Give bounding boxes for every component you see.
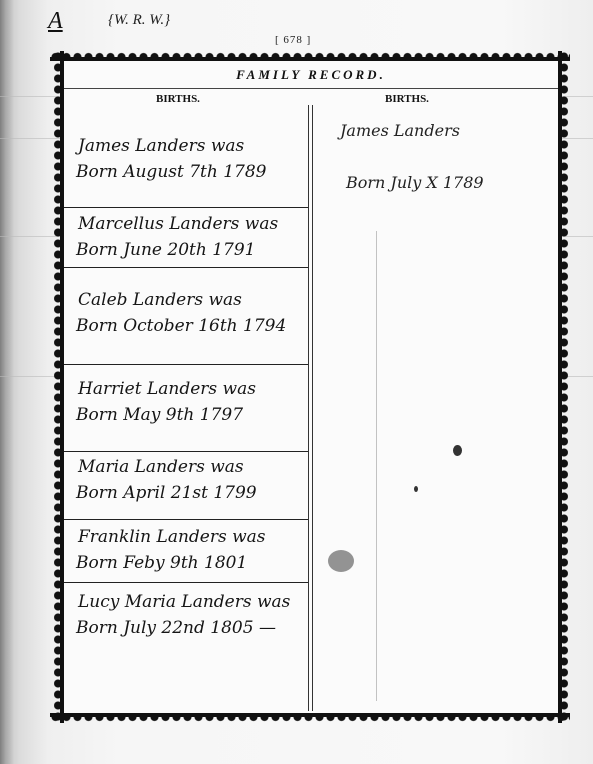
entry-date-line: Born April 21st 1799 xyxy=(64,480,308,506)
entry-date-line: Born July 22nd 1805 — xyxy=(64,615,308,641)
decorative-border-left xyxy=(54,51,64,723)
birth-entry: Maria Landers was Born April 21st 1799 xyxy=(64,454,308,506)
ink-stain xyxy=(328,550,354,572)
entry-date-line: Born May 9th 1797 xyxy=(64,402,308,428)
birth-entry: Franklin Landers was Born Feby 9th 1801 xyxy=(64,524,308,576)
corner-mark: A xyxy=(48,8,63,35)
entry-separator xyxy=(64,519,308,520)
column-divider xyxy=(312,105,313,711)
entry-date-line: Born August 7th 1789 xyxy=(64,159,308,185)
ink-speck xyxy=(414,486,418,492)
decorative-border-bottom xyxy=(50,713,570,723)
entry-separator xyxy=(64,267,308,268)
entry-name-line: James Landers was xyxy=(64,133,308,159)
entry-name-line: Harriet Landers was xyxy=(64,376,308,402)
entry-date-line: Born Feby 9th 1801 xyxy=(64,550,308,576)
entry-separator xyxy=(64,207,308,208)
faint-guide-line xyxy=(376,231,377,701)
right-entry-name: James Landers xyxy=(340,121,460,140)
entry-separator xyxy=(64,582,308,583)
birth-entry: Marcellus Landers was Born June 20th 179… xyxy=(64,211,308,263)
births-heading-right: BIRTHS. xyxy=(385,93,429,105)
title-rule xyxy=(64,88,558,89)
right-entry-date: Born July X 1789 xyxy=(346,173,484,192)
entry-date-line: Born October 16th 1794 xyxy=(64,313,308,339)
entry-name-line: Maria Landers was xyxy=(64,454,308,480)
entry-name-line: Marcellus Landers was xyxy=(64,211,308,237)
entry-name-line: Caleb Landers was xyxy=(64,287,308,313)
birth-entry: Harriet Landers was Born May 9th 1797 xyxy=(64,376,308,428)
entry-separator xyxy=(64,364,308,365)
entry-name-line: Lucy Maria Landers was xyxy=(64,589,308,615)
column-divider xyxy=(308,105,309,711)
birth-entry: Lucy Maria Landers was Born July 22nd 18… xyxy=(64,589,308,641)
decorative-border-right xyxy=(558,51,568,723)
decorative-border-top xyxy=(50,51,570,61)
birth-entry: Caleb Landers was Born October 16th 1794 xyxy=(64,287,308,339)
birth-entry: James Landers was Born August 7th 1789 xyxy=(64,133,308,185)
corner-annotation: {W. R. W.} xyxy=(108,12,170,29)
page-title: FAMILY RECORD. xyxy=(64,67,558,83)
binding-shadow xyxy=(0,0,14,764)
entry-name-line: Franklin Landers was xyxy=(64,524,308,550)
ink-blot xyxy=(453,445,462,456)
births-heading-left: BIRTHS. xyxy=(156,93,200,105)
page-number: [ 678 ] xyxy=(275,34,311,46)
entry-separator xyxy=(64,451,308,452)
family-record-frame: FAMILY RECORD. BIRTHS. BIRTHS. James Lan… xyxy=(64,61,558,713)
entry-date-line: Born June 20th 1791 xyxy=(64,237,308,263)
